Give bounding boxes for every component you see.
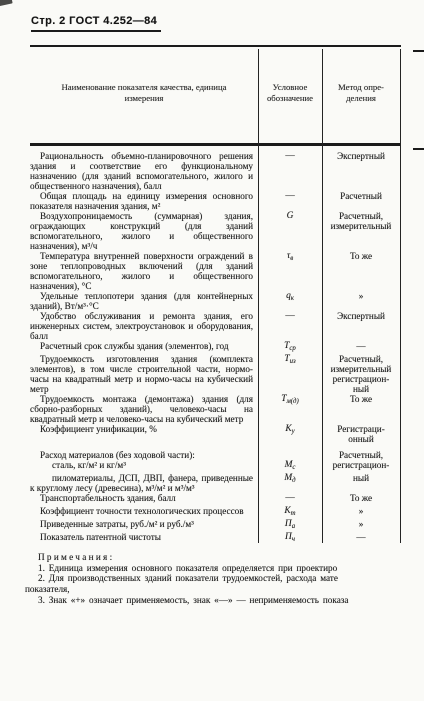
column-header-method: Метод опре- деления <box>323 82 399 103</box>
table-top-rule <box>30 45 401 47</box>
indicator-name-cell: Коэффициент точности технологических про… <box>30 506 258 516</box>
symbol-cell: Тиз <box>258 354 322 367</box>
symbol-subscript: у <box>292 428 295 435</box>
note-line-3: 3. Знак «+» означает применяемость, знак… <box>25 595 424 606</box>
method-cell: То же <box>322 251 400 261</box>
symbol-cell: — <box>258 311 322 324</box>
method-cell: ный <box>322 473 400 483</box>
symbol-subscript: с <box>292 464 295 471</box>
method-cell: Регистраци- онный <box>322 424 400 444</box>
symbol-main: G <box>287 211 294 221</box>
indicator-name-cell: Трудоемкость монтажа (демонтажа) здания … <box>30 394 258 424</box>
indicator-name-cell: Рациональность объемно-планировочного ре… <box>30 151 258 191</box>
table-row: Удобство обслуживания и ремонта здания, … <box>30 311 424 341</box>
method-cell: Расчетный <box>322 191 400 201</box>
page-header: Стр. 2 ГОСТ 4.252—84 <box>31 15 161 32</box>
indicator-name-cell: Приведенные затраты, руб./м² и руб./м³ <box>30 519 258 529</box>
symbol-cell: Тср <box>258 341 322 354</box>
table-row: Трудоемкость изготовления здания (компле… <box>30 354 424 394</box>
symbol-cell: Мс <box>258 460 322 473</box>
indicator-name-cell: Трудоемкость изготовления здания (компле… <box>30 354 258 394</box>
indicator-name-cell: Общая площадь на единицу измерения основ… <box>30 191 258 211</box>
table-header-rule-stub <box>413 148 424 150</box>
symbol-main: — <box>285 311 294 321</box>
method-cell: Расчетный, <box>322 450 400 460</box>
symbol-main: — <box>285 151 294 161</box>
symbol-cell: Пч <box>258 532 322 545</box>
indicator-name-cell: Удобство обслуживания и ремонта здания, … <box>30 311 258 341</box>
indicator-name-cell: Показатель патентной чистоты <box>30 532 258 542</box>
table-row: Коэффициент точности технологических про… <box>30 506 424 519</box>
table-row: Приведенные затраты, руб./м² и руб./м³ П… <box>30 519 424 532</box>
table-row: Расход материалов (без ходовой части): Р… <box>30 450 424 460</box>
symbol-cell: Кт <box>258 506 322 519</box>
column-header-name: Наименование показателя качества, единиц… <box>49 82 239 103</box>
symbol-subscript: д <box>292 477 295 484</box>
indicator-name-cell: Коэффициент унификации, % <box>30 424 258 434</box>
indicator-name-cell: Удельные теплопотери здания (для контейн… <box>30 291 258 311</box>
symbol-subscript: ч <box>292 536 295 543</box>
notes-section: Примечания: 1. Единица измерения основно… <box>25 552 424 606</box>
indicator-name-cell: Температура внутренней поверхности ограж… <box>30 251 258 291</box>
method-cell: Экспертный <box>322 311 400 321</box>
table-row: Расчетный срок службы здания (элементов)… <box>30 341 424 354</box>
table-row: Воздухопроницаемость (суммарная) здания,… <box>30 211 424 251</box>
table-header-rule <box>30 143 401 146</box>
symbol-cell: — <box>258 191 322 204</box>
method-cell: Расчетный, измерительный <box>322 211 400 231</box>
symbol-subscript: из <box>290 358 296 365</box>
table-row: Показатель патентной чистоты Пч — <box>30 532 424 545</box>
table-row: Температура внутренней поверхности ограж… <box>30 251 424 291</box>
note-line-1: 1. Единица измерения основного показател… <box>25 563 424 574</box>
table-row: пиломатериалы, ДСП, ДВП, фанера, приведе… <box>30 473 424 493</box>
symbol-main: П <box>285 532 292 542</box>
note-line-2-continuation: показателя, <box>25 584 424 595</box>
symbol-cell: qк <box>258 291 322 304</box>
table-row: Рациональность объемно-планировочного ре… <box>30 151 424 191</box>
table-row: Коэффициент унификации, % Ку Регистраци-… <box>30 424 424 444</box>
table-row: сталь, кг/м² и кг/м³ Мс регистрацион- <box>30 460 424 473</box>
notes-title: Примечания: <box>25 552 424 563</box>
symbol-cell: Тм(д) <box>258 394 322 407</box>
symbol-main: М <box>284 473 292 483</box>
symbol-subscript: в <box>290 255 293 262</box>
column-header-symbol: Условное обозначение <box>259 82 321 103</box>
symbol-main: — <box>285 493 294 503</box>
indicator-name-cell: пиломатериалы, ДСП, ДВП, фанера, приведе… <box>30 473 258 493</box>
method-cell: регистрацион- <box>322 460 400 470</box>
symbol-subscript: м(д) <box>286 398 298 405</box>
symbol-cell: Мд <box>258 473 322 486</box>
method-cell: Экспертный <box>322 151 400 161</box>
table-rows: Рациональность объемно-планировочного ре… <box>30 151 424 545</box>
symbol-main: П <box>285 519 292 529</box>
method-cell: — <box>322 341 400 351</box>
method-cell: Расчетный, измерительный регистрацион- н… <box>322 354 400 394</box>
symbol-cell: G <box>258 211 322 224</box>
symbol-main: — <box>285 191 294 201</box>
symbol-cell: — <box>258 151 322 164</box>
symbol-cell: Ку <box>258 424 322 437</box>
table-row: Общая площадь на единицу измерения основ… <box>30 191 424 211</box>
method-cell: То же <box>322 394 400 404</box>
table-row: Трудоемкость монтажа (демонтажа) здания … <box>30 394 424 424</box>
table-row: Удельные теплопотери здания (для контейн… <box>30 291 424 311</box>
symbol-subscript: а <box>292 523 295 530</box>
method-cell: » <box>322 506 400 516</box>
corner-scan-mark <box>0 0 13 7</box>
indicator-name-cell: Расход материалов (без ходовой части): <box>30 450 258 460</box>
symbol-subscript: т <box>291 510 296 517</box>
indicator-name-cell: Расчетный срок службы здания (элементов)… <box>30 341 258 351</box>
indicator-name-cell: Воздухопроницаемость (суммарная) здания,… <box>30 211 258 251</box>
method-cell: » <box>322 291 400 301</box>
symbol-cell: Па <box>258 519 322 532</box>
note-line-2: 2. Для производственных зданий показател… <box>25 573 424 584</box>
indicator-name-cell: сталь, кг/м² и кг/м³ <box>30 460 258 470</box>
method-cell: То же <box>322 493 400 503</box>
symbol-subscript: к <box>291 295 294 302</box>
symbol-cell: τв <box>258 251 322 264</box>
method-cell: » <box>322 519 400 529</box>
symbol-cell: — <box>258 493 322 506</box>
method-cell: — <box>322 532 400 542</box>
indicator-name-cell: Транспортабельность здания, балл <box>30 493 258 503</box>
symbol-subscript: ср <box>289 345 295 352</box>
table-row: Транспортабельность здания, балл — То же <box>30 493 424 506</box>
table-top-rule-stub <box>413 50 424 52</box>
